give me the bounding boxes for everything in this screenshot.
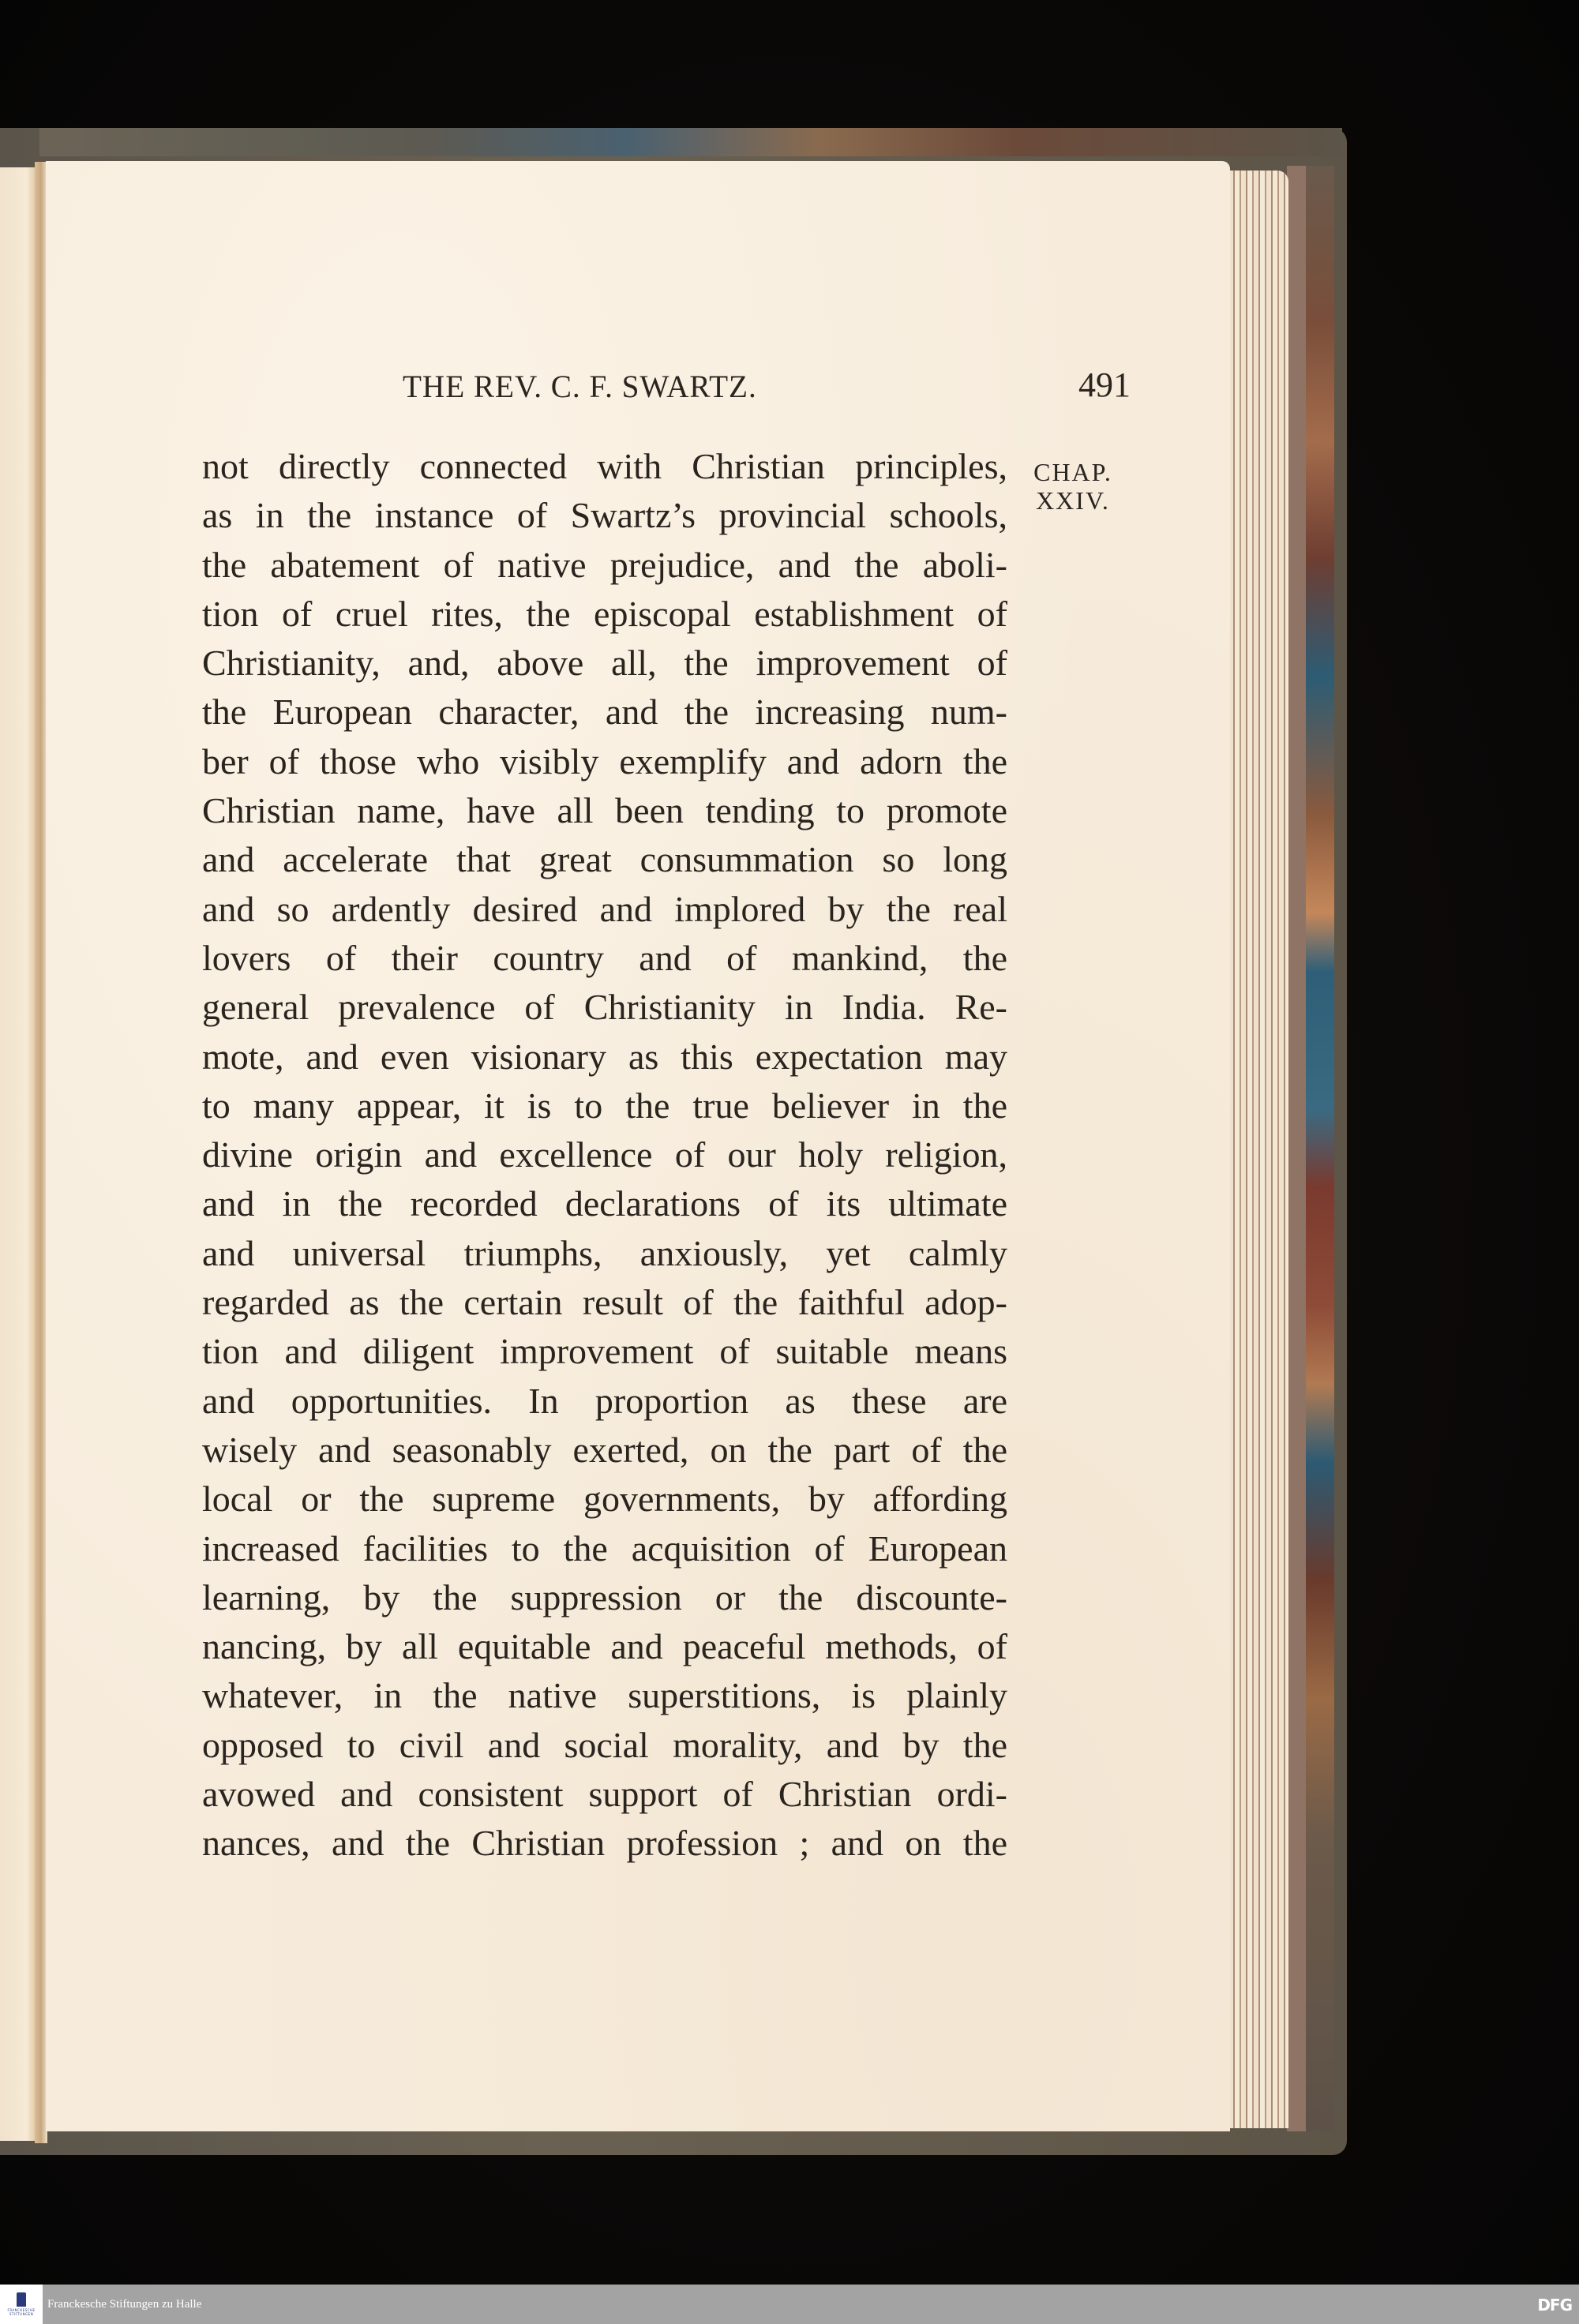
text-line: and universal triumphs, anxiously, yet c… xyxy=(202,1229,1007,1278)
text-line: the European character, and the increasi… xyxy=(202,688,1007,737)
text-line: Christian name, have all been tending to… xyxy=(202,786,1007,835)
text-line: lovers of their country and of mankind, … xyxy=(202,934,1007,983)
text-line: and so ardently desired and implored by … xyxy=(202,885,1007,934)
text-line: learning, by the suppression or the disc… xyxy=(202,1573,1007,1622)
cover-inner-band xyxy=(1287,166,1306,2131)
institution-name: Franckesche Stiftungen zu Halle xyxy=(47,2298,201,2311)
dfg-logo[interactable]: DFG xyxy=(1537,2296,1572,2315)
chapter-label: CHAP. xyxy=(1014,458,1132,486)
text-line: the abatement of native prejudice, and t… xyxy=(202,541,1007,590)
text-line: whatever, in the native superstitions, i… xyxy=(202,1671,1007,1720)
text-line: tion of cruel rites, the episcopal estab… xyxy=(202,590,1007,639)
text-line: opposed to civil and social morality, an… xyxy=(202,1721,1007,1770)
text-line: increased facilities to the acquisition … xyxy=(202,1524,1007,1573)
text-line: divine origin and excellence of our holy… xyxy=(202,1130,1007,1179)
text-line: nancing, by all equitable and peaceful m… xyxy=(202,1622,1007,1671)
footer-bar: FRANCKESCHE STIFTUNGEN Franckesche Stift… xyxy=(0,2285,1579,2324)
franckesche-building-icon xyxy=(17,2292,26,2307)
text-line: Christianity, and, above all, the improv… xyxy=(202,639,1007,688)
text-line: ber of those who visibly exemplify and a… xyxy=(202,737,1007,786)
scanned-book-scene: THE REV. C. F. SWARTZ. 491 CHAP. XXIV. n… xyxy=(0,0,1579,2324)
marbled-cover-edge xyxy=(1303,166,1334,2131)
text-line: nances, and the Christian profession ; a… xyxy=(202,1819,1007,1868)
text-line: to many appear, it is to the true believ… xyxy=(202,1081,1007,1130)
book-cover-top-edge xyxy=(39,128,1342,156)
body-text: not directly connected with Christian pr… xyxy=(202,442,1007,1869)
text-line: not directly connected with Christian pr… xyxy=(202,442,1007,491)
text-line: and accelerate that great consummation s… xyxy=(202,835,1007,884)
running-head: THE REV. C. F. SWARTZ. xyxy=(403,368,757,405)
text-line: mote, and even visionary as this expecta… xyxy=(202,1033,1007,1081)
text-line: wisely and seasonably exerted, on the pa… xyxy=(202,1426,1007,1475)
logo-text-line: STIFTUNGEN xyxy=(8,2312,36,2316)
chapter-margin-note: CHAP. XXIV. xyxy=(1014,458,1132,515)
page-stack-edge xyxy=(1222,171,1288,2128)
institution-logo[interactable]: FRANCKESCHE STIFTUNGEN xyxy=(0,2285,43,2324)
logo-wordmark: FRANCKESCHE STIFTUNGEN xyxy=(8,2308,36,2316)
text-line: general prevalence of Christianity in In… xyxy=(202,983,1007,1032)
chapter-number: XXIV. xyxy=(1014,486,1132,515)
text-line: tion and diligent improvement of suitabl… xyxy=(202,1327,1007,1376)
text-line: as in the instance of Swartz’s provincia… xyxy=(202,491,1007,540)
text-line: and opportunities. In proportion as thes… xyxy=(202,1377,1007,1426)
text-line: avowed and consistent support of Christi… xyxy=(202,1770,1007,1819)
text-line: and in the recorded declarations of its … xyxy=(202,1179,1007,1228)
text-line: regarded as the certain result of the fa… xyxy=(202,1278,1007,1327)
page-number: 491 xyxy=(1078,365,1131,405)
left-facing-page xyxy=(0,167,38,2141)
text-line: local or the supreme governments, by aff… xyxy=(202,1475,1007,1524)
